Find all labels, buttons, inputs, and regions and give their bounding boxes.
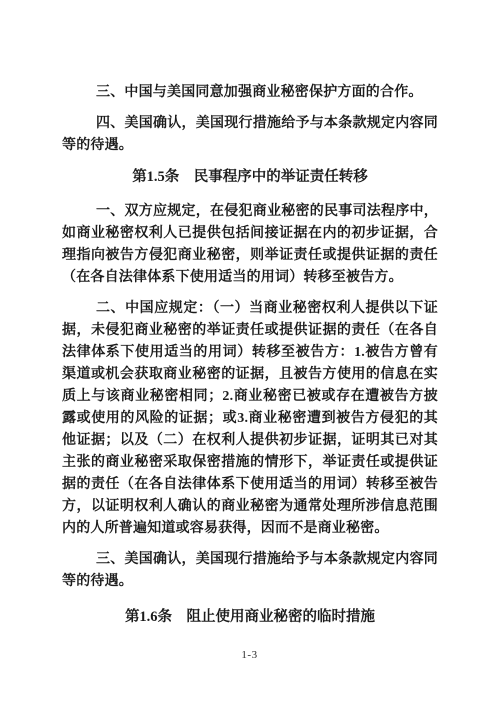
document-page: 三、中国与美国同意加强商业秘密保护方面的合作。 四、美国确认，美国现行措施给予与…: [0, 0, 499, 706]
page-number: 1-3: [0, 649, 499, 661]
paragraph-item-1-both-parties: 一、双方应规定，在侵犯商业秘密的民事司法程序中，如商业秘密权利人已提供包括间接证…: [62, 201, 438, 289]
paragraph-item-2-china-provisions: 二、中国应规定：（一）当商业秘密权利人提供以下证据，未侵犯商业秘密的举证责任或提…: [62, 298, 438, 540]
section-heading-article-1-6: 第1.6条 阻止使用商业秘密的临时措施: [62, 606, 438, 628]
page-content: 三、中国与美国同意加强商业秘密保护方面的合作。 四、美国确认，美国现行措施给予与…: [62, 82, 438, 641]
paragraph-item-3-cooperation: 三、中国与美国同意加强商业秘密保护方面的合作。: [62, 82, 438, 104]
paragraph-item-3-us-confirmation: 三、美国确认，美国现行措施给予与本条款规定内容同等的待遇。: [62, 549, 438, 593]
section-heading-article-1-5: 第1.5条 民事程序中的举证责任转移: [62, 166, 438, 188]
paragraph-item-4-us-confirmation: 四、美国确认，美国现行措施给予与本条款规定内容同等的待遇。: [62, 113, 438, 157]
